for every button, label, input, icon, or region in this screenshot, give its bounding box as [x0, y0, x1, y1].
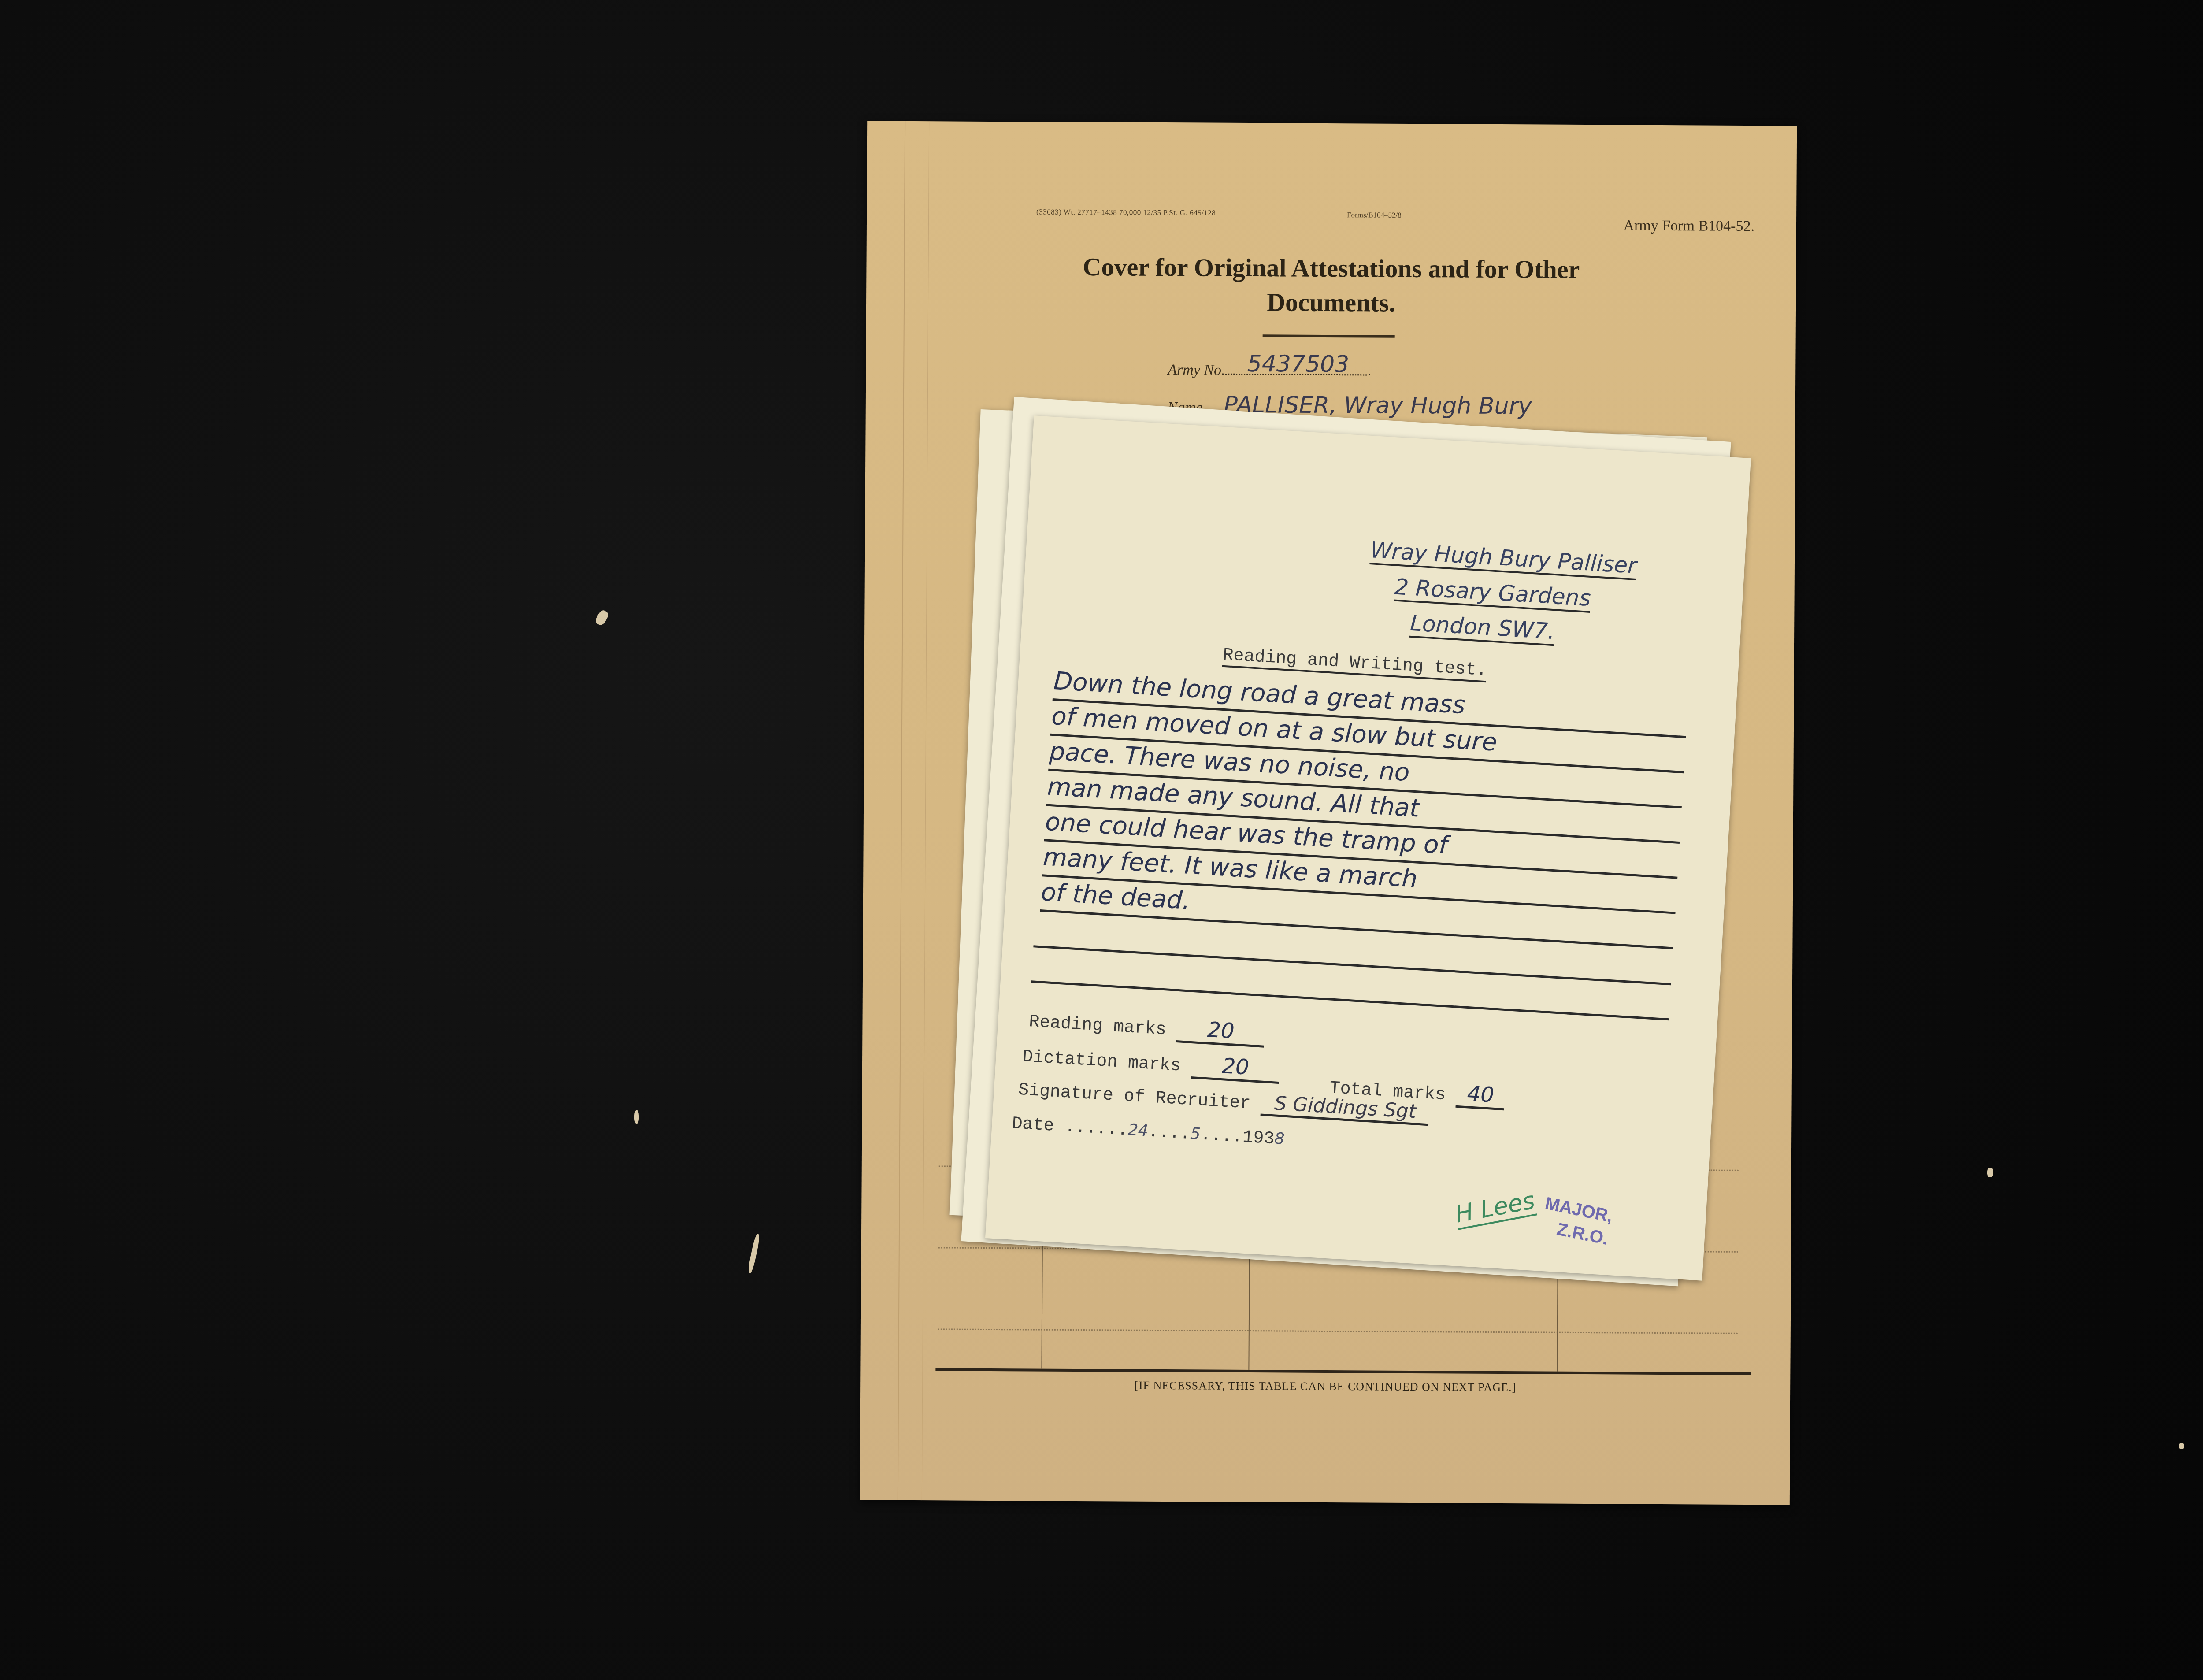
date-day: 24 [1127, 1121, 1149, 1140]
blank-ruled-line [1033, 945, 1671, 985]
dust-speck [1987, 1168, 1993, 1177]
table-ruled-line [938, 1328, 1738, 1334]
army-number-label: Army No. [1168, 362, 1225, 378]
cover-title-line-2: Documents. [866, 283, 1796, 322]
date-row: Date ......24....5....1938 [1011, 1114, 1285, 1150]
dictation-marks-label: Dictation marks [1022, 1047, 1181, 1076]
army-number-field: Army No. 5437503 [1168, 354, 1353, 381]
cover-title: Cover for Original Attestations and for … [866, 248, 1796, 322]
officer-rank-stamp: MAJOR, Z.R.O. [1539, 1192, 1615, 1250]
army-number-value: 5437503 [1247, 351, 1350, 378]
cover-title-line-1: Cover for Original Attestations and for … [866, 248, 1796, 288]
title-divider [1263, 334, 1395, 338]
reading-marks-value: 20 [1176, 1016, 1265, 1048]
dust-speck [2179, 1443, 2184, 1449]
forms-reference: Forms/B104–52/8 [1347, 211, 1402, 220]
date-dots: .... [1200, 1125, 1243, 1148]
table-column-divider [1557, 1279, 1558, 1372]
reading-writing-test-sheet: Wray Hugh Bury Palliser 2 Rosary Gardens… [985, 415, 1751, 1280]
dictation-marks-row: Dictation marks 20 [1022, 1042, 1280, 1084]
address-line-1: Wray Hugh Bury Palliser [1369, 537, 1637, 580]
cover-fold-line [922, 121, 929, 1500]
reading-marks-row: Reading marks 20 [1028, 1007, 1266, 1048]
date-label: Date [1011, 1114, 1055, 1136]
dictation-marks-value: 20 [1191, 1052, 1280, 1084]
cover-fold-line [898, 121, 905, 1500]
reading-marks-label: Reading marks [1028, 1012, 1167, 1040]
table-bottom-rule [935, 1368, 1751, 1375]
date-dots: ...... [1064, 1117, 1128, 1140]
printer-imprint: (33083) Wt. 27717–1438 70,000 12/35 P.St… [1036, 208, 1216, 218]
officer-signature: H Lees [1453, 1186, 1537, 1230]
recruiter-signature-label: Signature of Recruiter [1018, 1080, 1251, 1114]
date-month: 5 [1190, 1124, 1201, 1143]
total-marks-value: 40 [1455, 1081, 1505, 1110]
army-form-number: Army Form B104-52. [1623, 217, 1754, 235]
date-year-printed: 193 [1242, 1127, 1275, 1149]
address-line-2: 2 Rosary Gardens [1394, 574, 1591, 613]
date-dots: .... [1147, 1122, 1191, 1145]
date-year-handwritten: 8 [1274, 1130, 1285, 1148]
dust-speck [634, 1110, 639, 1124]
address-line-3: London SW7. [1409, 610, 1556, 646]
continued-note: [IF NECESSARY, THIS TABLE CAN BE CONTINU… [860, 1377, 1790, 1395]
